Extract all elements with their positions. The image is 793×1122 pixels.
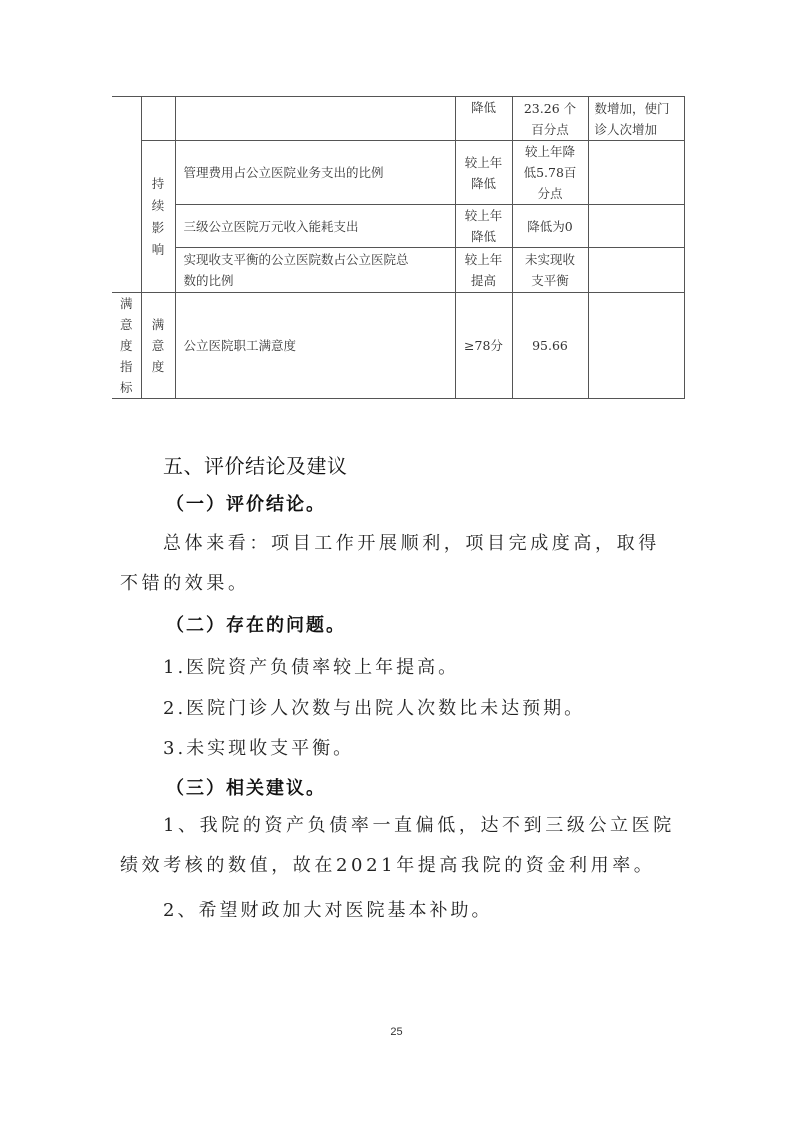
- table-cell-target: ≥78分: [455, 293, 512, 399]
- table-row: 持续影响 管理费用占公立医院业务支出的比例 较上年 降低 较上年降 低5.78百…: [112, 141, 684, 205]
- table-cell-remark: 数增加，使门 诊人次增加: [588, 97, 684, 141]
- problem-item: 1.医院资产负债率较上年提高。: [163, 653, 459, 679]
- table-row: 实现收支平衡的公立医院数占公立医院总 数的比例 较上年 提高 未实现收 支平衡: [112, 248, 684, 293]
- table-cell-subcategory: [141, 97, 175, 141]
- table-cell-actual: 95.66: [512, 293, 588, 399]
- table-cell-indicator: 实现收支平衡的公立医院数占公立医院总 数的比例: [175, 248, 455, 293]
- table-cell-remark: [588, 141, 684, 205]
- performance-metrics-table: 降低 23.26 个 百分点 数增加，使门 诊人次增加 持续影响 管理费用占公立…: [112, 96, 685, 399]
- table-cell-actual: 较上年降 低5.78百 分点: [512, 141, 588, 205]
- subsection-heading-conclusion: （一）评价结论。: [166, 490, 326, 516]
- subsection-heading-problems: （二）存在的问题。: [166, 611, 346, 637]
- table-cell-indicator: 公立医院职工满意度: [175, 293, 455, 399]
- suggestion-item: 2、希望财政加大对医院基本补助。: [163, 896, 492, 922]
- suggestion-item: 1、我院的资产负债率一直偏低，达不到三级公立医院绩效考核的数值，故在2021年提…: [120, 806, 680, 886]
- conclusion-paragraph: 总体来看：项目工作开展顺利，项目完成度高，取得不错的效果。: [120, 524, 680, 604]
- table-cell-category: 满意度指标: [112, 293, 141, 399]
- table-cell-remark: [588, 293, 684, 399]
- table-cell-target: 较上年 降低: [455, 205, 512, 248]
- table-cell-indicator: 三级公立医院万元收入能耗支出: [175, 205, 455, 248]
- document-page: 降低 23.26 个 百分点 数增加，使门 诊人次增加 持续影响 管理费用占公立…: [0, 0, 793, 1122]
- table-cell-target: 较上年 提高: [455, 248, 512, 293]
- problem-item: 3.未实现收支平衡。: [163, 734, 354, 760]
- table-cell-remark: [588, 205, 684, 248]
- section-title: 五、评价结论及建议: [163, 450, 348, 479]
- page-number: 25: [0, 1026, 793, 1038]
- table-cell-actual: 未实现收 支平衡: [512, 248, 588, 293]
- problem-item: 2.医院门诊人次数与出院人次数比未达预期。: [163, 694, 585, 720]
- table-cell-remark: [588, 248, 684, 293]
- table-cell-target: 较上年 降低: [455, 141, 512, 205]
- table-cell-category: [112, 97, 141, 293]
- table-cell-actual: 23.26 个 百分点: [512, 97, 588, 141]
- table-cell-actual: 降低为0: [512, 205, 588, 248]
- table-row: 降低 23.26 个 百分点 数增加，使门 诊人次增加: [112, 97, 684, 141]
- table-row: 三级公立医院万元收入能耗支出 较上年 降低 降低为0: [112, 205, 684, 248]
- table-cell-subcategory: 持续影响: [141, 141, 175, 293]
- subsection-heading-suggestions: （三）相关建议。: [166, 774, 326, 800]
- table-cell-indicator: 管理费用占公立医院业务支出的比例: [175, 141, 455, 205]
- table-cell-subcategory: 满意度: [141, 293, 175, 399]
- table-cell-indicator: [175, 97, 455, 141]
- table-row: 满意度指标 满意度 公立医院职工满意度 ≥78分 95.66: [112, 293, 684, 399]
- table-cell-target: 降低: [455, 97, 512, 141]
